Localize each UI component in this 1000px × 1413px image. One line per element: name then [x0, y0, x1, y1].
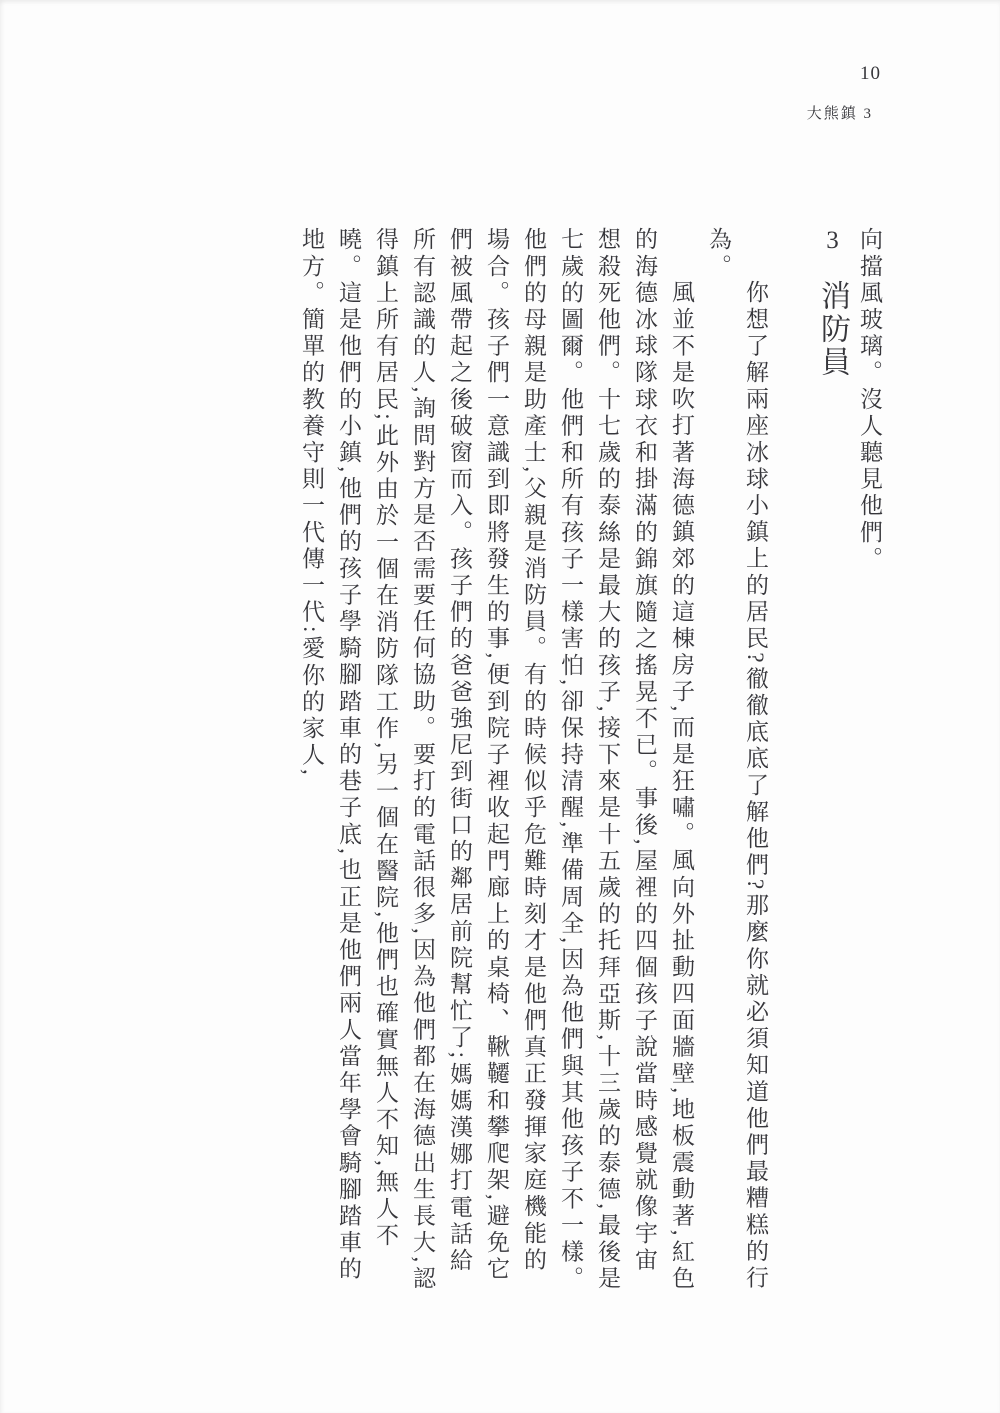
- carryover-line: 向擋風玻璃。沒人聽見他們。: [851, 227, 888, 1293]
- chapter-number: 3: [819, 227, 846, 254]
- book-page: 10 大熊鎮 3 向擋風玻璃。沒人聽見他們。 3 消防員 你想了解兩座冰球小鎮上…: [0, 0, 1000, 1413]
- chapter-heading: 3 消防員: [814, 227, 851, 1293]
- text-area: 向擋風玻璃。沒人聽見他們。 3 消防員 你想了解兩座冰球小鎮上的居民?徹徹底底了…: [293, 227, 888, 1293]
- paragraph: 風並不是吹打著海德鎮郊的這棟房子,而是狂嘯。風向外扯動四面牆壁,地板震動著,紅色…: [293, 227, 700, 1293]
- book-title: 大熊鎮 3: [807, 102, 873, 123]
- page-header: 10 大熊鎮 3: [807, 63, 881, 123]
- chapter-title: 消防員: [816, 280, 849, 379]
- paragraph: 你想了解兩座冰球小鎮上的居民?徹徹底底了解他們?那麼你就必須知道他們最糟糕的行為…: [700, 227, 774, 1293]
- page-number: 10: [807, 63, 881, 85]
